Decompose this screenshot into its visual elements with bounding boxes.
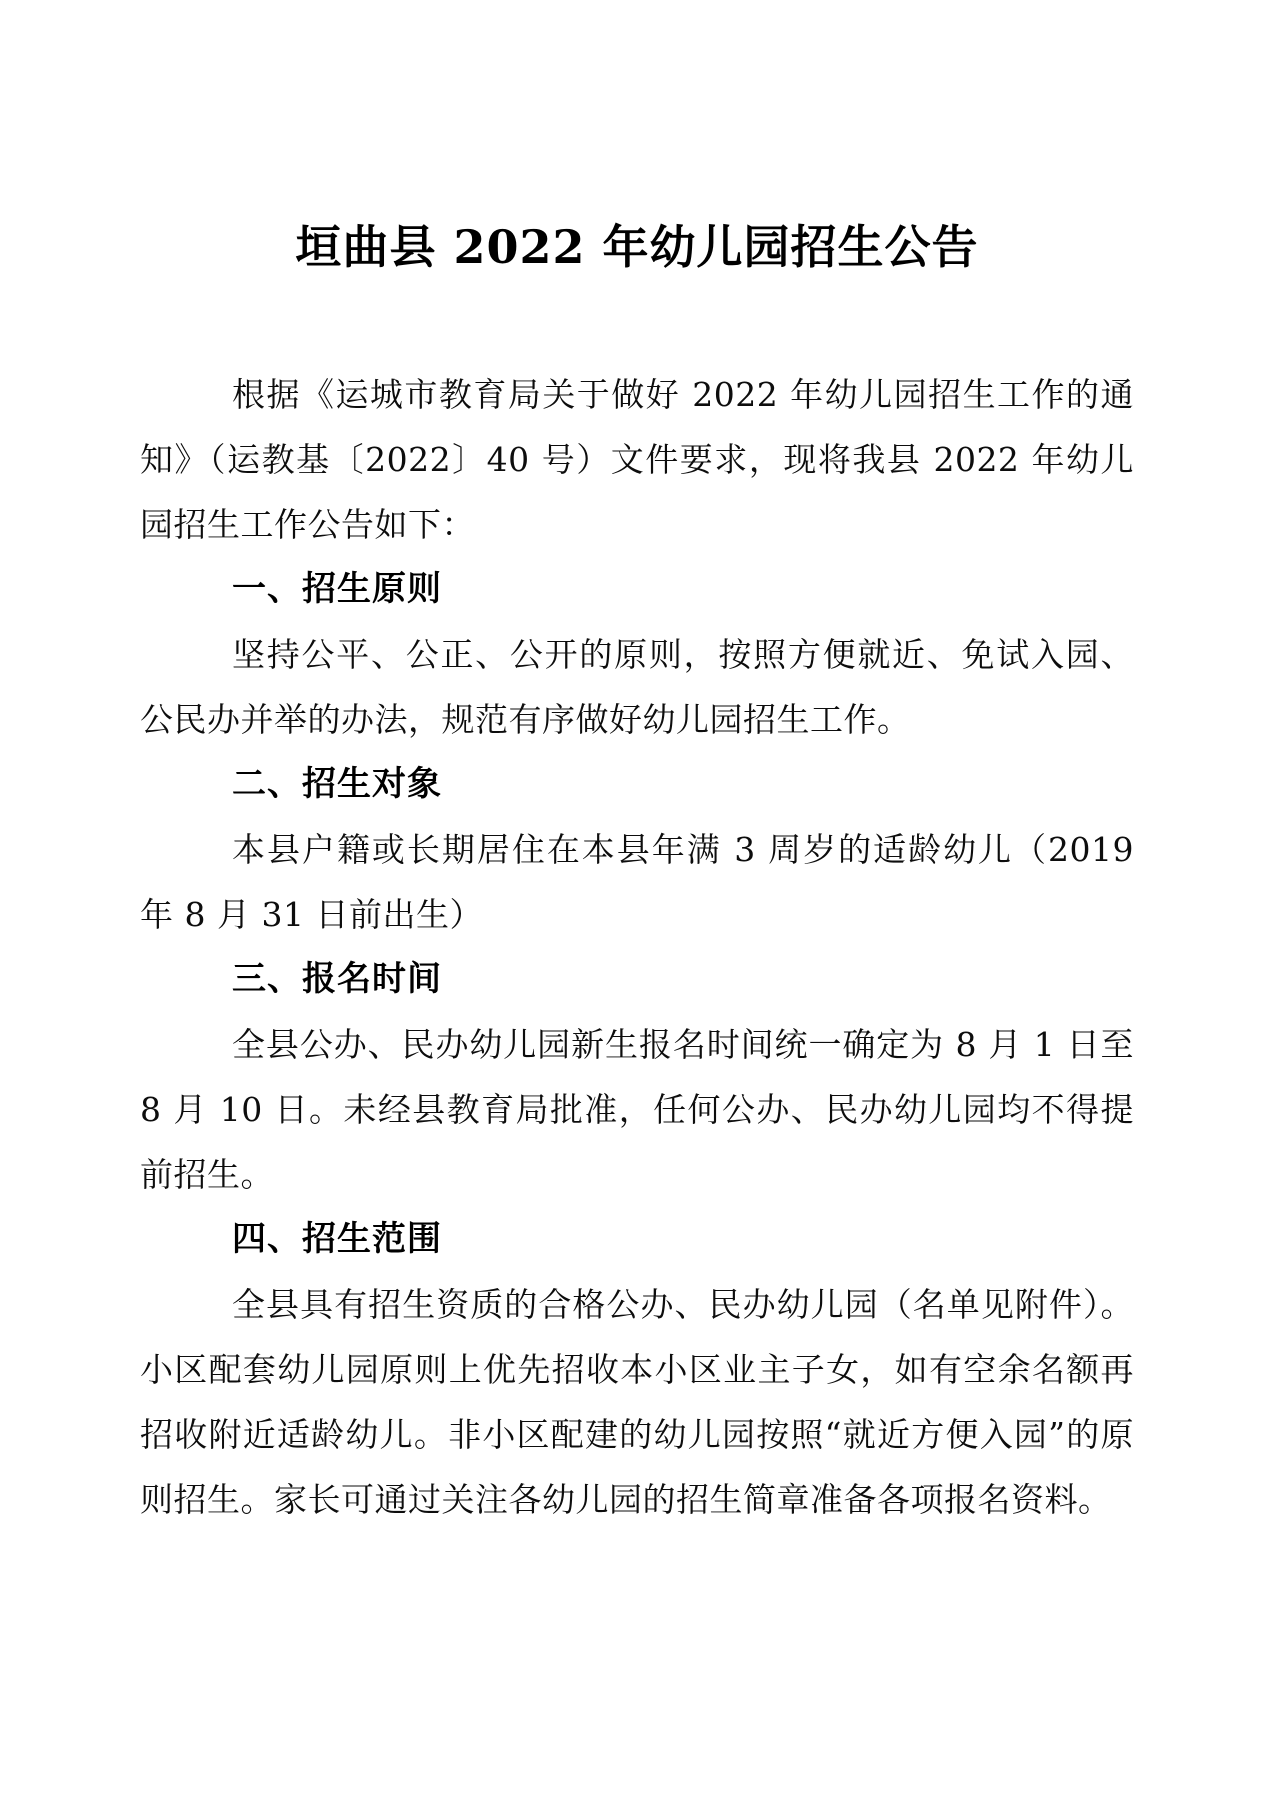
section-1-paragraph: 坚持公平、公正、公开的原则，按照方便就近、免试入园、公民办并举的办法，规范有序做… xyxy=(140,622,1134,752)
section-1-heading: 一、招生原则 xyxy=(140,557,1134,622)
section-2-heading: 二、招生对象 xyxy=(140,752,1134,817)
section-4-heading: 四、招生范围 xyxy=(140,1207,1134,1272)
section-2-paragraph: 本县户籍或长期居住在本县年满 3 周岁的适龄幼儿（2019 年 8 月 31 日… xyxy=(140,817,1134,947)
section-4-paragraph: 全县具有招生资质的合格公办、民办幼儿园（名单见附件）。小区配套幼儿园原则上优先招… xyxy=(140,1272,1134,1532)
section-3-paragraph: 全县公办、民办幼儿园新生报名时间统一确定为 8 月 1 日至 8 月 10 日。… xyxy=(140,1012,1134,1207)
section-3-heading: 三、报名时间 xyxy=(140,947,1134,1012)
document-title: 垣曲县 2022 年幼儿园招生公告 xyxy=(140,0,1134,280)
document-content: 垣曲县 2022 年幼儿园招生公告 根据《运城市教育局关于做好 2022 年幼儿… xyxy=(0,0,1280,1532)
document-page: 垣曲县 2022 年幼儿园招生公告 根据《运城市教育局关于做好 2022 年幼儿… xyxy=(0,0,1280,1810)
intro-paragraph: 根据《运城市教育局关于做好 2022 年幼儿园招生工作的通知》（运教基〔2022… xyxy=(140,362,1134,557)
